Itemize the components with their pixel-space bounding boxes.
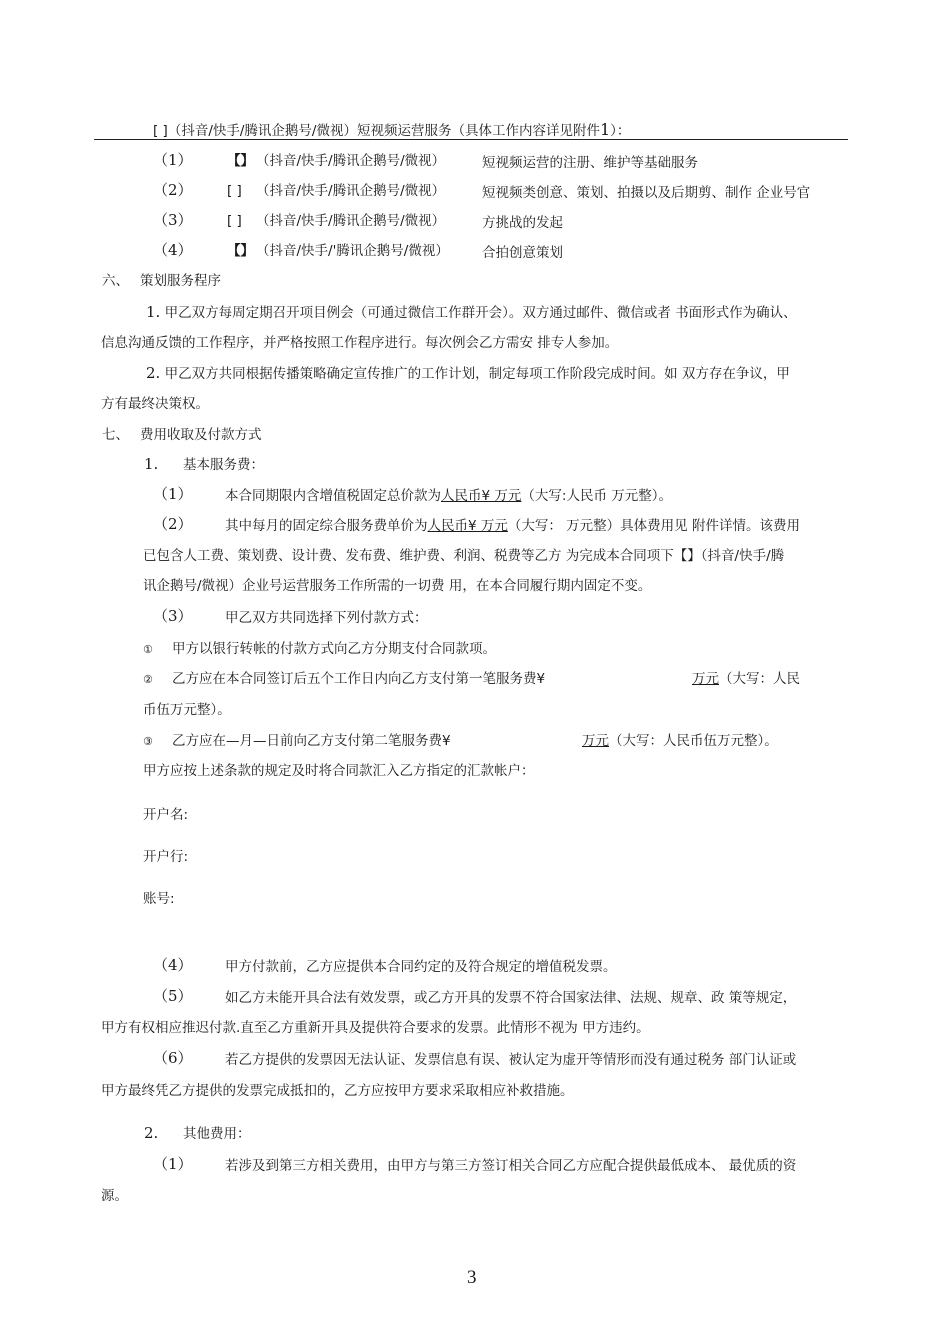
item-6-line2: 甲方最终凭乙方提供的发票完成抵扣的，乙方应按甲方要求采取相应补救措施。 — [101, 1082, 574, 1100]
section-6-p1-line1: 1. 甲乙双方每周定期召开项目例会（可通过微信工作群开会）。双方通过邮件、微信或… — [146, 303, 797, 322]
item-4-text: 甲方付款前，乙方应提供本合同约定的及符合规定的增值税发票。 — [225, 958, 617, 976]
section-6-p2-line1: 2. 甲乙双方共同根据传播策略确定宣传推广的工作计划，制定每项工作阶段完成时间。… — [146, 364, 790, 383]
option-1-text: 甲方以银行转帐的付款方式向乙方分期支付合同款项。 — [172, 640, 496, 658]
item-5-line1: 如乙方未能开具合法有效发票，或乙方开具的发票不符合国家法律、法规、规章、政 策等… — [225, 989, 796, 1007]
item-3-text: 甲乙双方共同选择下列付款方式： — [225, 609, 428, 627]
other-1-line1: 若涉及到第三方相关费用，由甲方与第三方签订相关合同乙方应配合提供最低成本、 最优… — [225, 1157, 796, 1175]
horizontal-rule — [94, 139, 848, 140]
option-3-amount: 万元（大写：人民币伍万元整）。 — [582, 732, 778, 750]
other-1-line2: 源。 — [101, 1187, 128, 1205]
checkbox-1[interactable]: 【】 — [227, 152, 254, 170]
page-number: 3 — [467, 1267, 477, 1289]
section-6-p1-line2: 信息沟通反馈的工作程序，并严格按照工作程序进行。每次例会乙方需安 排专人参加。 — [101, 334, 618, 352]
checkbox-3[interactable]: [ ] — [227, 212, 242, 230]
header-service-item: [ ]（抖音/快手/腾讯企鹅号/微视）短视频运营服务（具体工作内容详见附件1）： — [153, 121, 630, 140]
account-number-label: 账号: — [143, 890, 175, 908]
item-2-line3: 讯企鹅号/微视）企业号运营服务工作所需的一切费 用，在本合同履行期内固定不变。 — [143, 577, 651, 595]
sub-1-heading: 基本服务费： — [183, 456, 264, 474]
header-service-text: [ ]（抖音/快手/腾讯企鹅号/微视）短视频运营服务（具体工作内容详见附件 — [153, 123, 600, 139]
checkbox-2[interactable]: [ ] — [227, 182, 242, 200]
account-name-label: 开户名: — [143, 806, 188, 824]
option-3-text: 乙方应在—月—日前向乙方支付第二笔服务费¥ — [172, 732, 451, 750]
item-1-text: 本合同期限内含增值税固定总价款为人民币¥ 万元（大写:人民币 万元整）。 — [225, 487, 672, 505]
section-7-heading: 费用收取及付款方式 — [140, 426, 262, 444]
remit-instruction: 甲方应按上述条款的规定及时将合同款汇入乙方指定的汇款帐户： — [143, 762, 535, 780]
checkbox-4[interactable]: 【】 — [227, 242, 254, 260]
section-6-p2-line2: 方有最终决策权。 — [101, 395, 209, 413]
total-amount-field: 人民币¥ 万元 — [441, 488, 521, 504]
item-2-line2: 已包含人工费、策划费、设计费、发布费、维护费、利润、税费等乙方 为完成本合同项下… — [143, 547, 784, 565]
section-7-number: 七、 — [102, 426, 129, 444]
monthly-amount-field: 人民币¥ 万元 — [428, 518, 508, 534]
sub-2-number: 2. — [144, 1124, 158, 1142]
option-2-text: 乙方应在本合同签订后五个工作日内向乙方支付第一笔服务费¥ — [172, 670, 545, 688]
sub-2-heading: 其他费用： — [183, 1125, 251, 1143]
header-service-num: 1 — [600, 120, 610, 139]
option-2-line2: 币伍万元整）。 — [143, 701, 231, 719]
item-6-line1: 若乙方提供的发票因无法认证、发票信息有误、被认定为虚开等情形而没有通过税务 部门… — [225, 1051, 796, 1069]
option-2-amount: 万元（大写：人民 — [692, 670, 800, 688]
bank-label: 开户行: — [143, 848, 188, 866]
option-2-marker: ② — [143, 671, 153, 689]
section-6-number: 六、 — [102, 272, 129, 290]
item-5-line2: 甲方有权相应推迟付款.直至乙方重新开具及提供符合要求的发票。此情形不视为 甲方违… — [101, 1019, 650, 1037]
item-2-line1: 其中每月的固定综合服务费单价为人民币¥ 万元（大写： 万元整）具体费用见 附件详… — [225, 517, 800, 535]
sub-1-number: 1. — [144, 455, 158, 473]
section-6-heading: 策划服务程序 — [140, 272, 221, 290]
option-1-marker: ① — [143, 641, 153, 659]
option-3-marker: ③ — [143, 733, 153, 751]
